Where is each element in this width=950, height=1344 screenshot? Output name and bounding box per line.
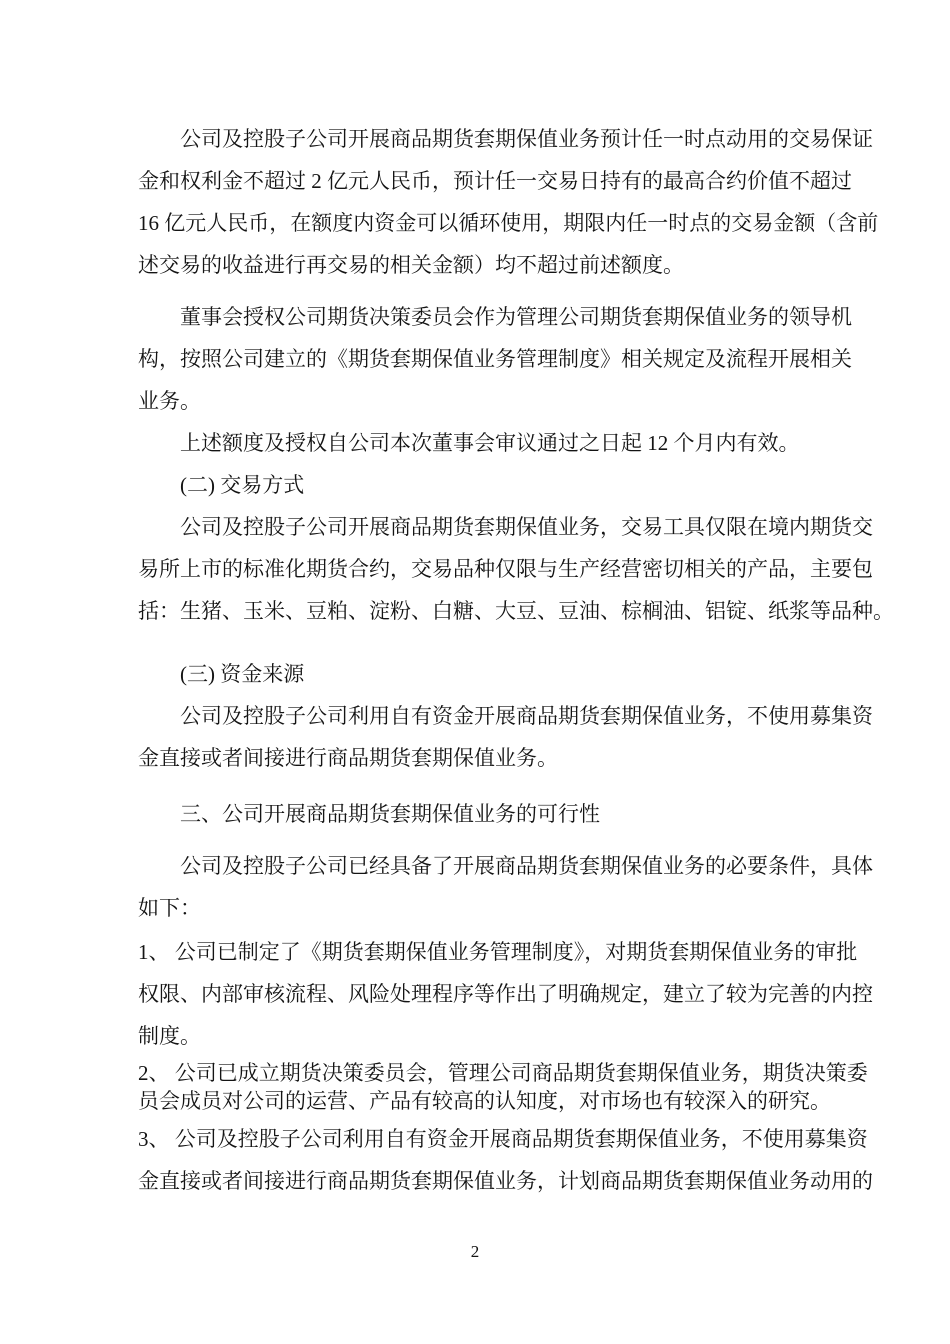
text-line: 金和权利金不超过 2 亿元人民币，预计任一交易日持有的最高合约价值不超过	[138, 160, 836, 202]
text-line: 公司及控股子公司利用自有资金开展商品期货套期保值业务，不使用募集资	[138, 695, 836, 737]
heading-feasibility: 三、公司开展商品期货套期保值业务的可行性	[138, 793, 836, 835]
text-line: 公司及控股子公司开展商品期货套期保值业务，交易工具仅限在境内期货交	[138, 506, 836, 548]
text-line: 金直接或者间接进行商品期货套期保值业务，计划商品期货套期保值业务动用的	[138, 1160, 836, 1202]
list-item-1: 1、 公司已制定了《期货套期保值业务管理制度》，对期货套期保值业务的审批权限、内…	[138, 931, 836, 1057]
text-line: 1、 公司已制定了《期货套期保值业务管理制度》，对期货套期保值业务的审批	[138, 931, 836, 973]
text-line: 16 亿元人民币，在额度内资金可以循环使用，期限内任一时点的交易金额（含前	[138, 202, 836, 244]
document-body: 公司及控股子公司开展商品期货套期保值业务预计任一时点动用的交易保证金和权利金不超…	[138, 118, 836, 1202]
paragraph-board-authorization: 董事会授权公司期货决策委员会作为管理公司期货套期保值业务的领导机构，按照公司建立…	[138, 296, 836, 422]
text-line: 三、公司开展商品期货套期保值业务的可行性	[138, 793, 836, 835]
text-line: 括：生猪、玉米、豆粕、淀粉、白糖、大豆、豆油、棕榈油、铝锭、纸浆等品种。	[138, 590, 836, 632]
text-line: 董事会授权公司期货决策委员会作为管理公司期货套期保值业务的领导机	[138, 296, 836, 338]
paragraph-trading-method: 公司及控股子公司开展商品期货套期保值业务，交易工具仅限在境内期货交易所上市的标准…	[138, 506, 836, 632]
text-line: (三) 资金来源	[138, 653, 836, 695]
heading-trading-method: (二) 交易方式	[138, 464, 836, 506]
text-line: 2、 公司已成立期货决策委员会，管理公司商品期货套期保值业务，期货决策委	[138, 1059, 836, 1087]
text-line: 权限、内部审核流程、风险处理程序等作出了明确规定，建立了较为完善的内控	[138, 973, 836, 1015]
paragraph-feasibility-intro: 公司及控股子公司已经具备了开展商品期货套期保值业务的必要条件，具体如下：	[138, 845, 836, 929]
text-line: 公司及控股子公司已经具备了开展商品期货套期保值业务的必要条件，具体	[138, 845, 836, 887]
text-line: 制度。	[138, 1015, 836, 1057]
text-line: 3、 公司及控股子公司利用自有资金开展商品期货套期保值业务，不使用募集资	[138, 1118, 836, 1160]
paragraph-capital-source: 公司及控股子公司利用自有资金开展商品期货套期保值业务，不使用募集资金直接或者间接…	[138, 695, 836, 779]
list-item-2: 2、 公司已成立期货决策委员会，管理公司商品期货套期保值业务，期货决策委员会成员…	[138, 1059, 836, 1115]
heading-capital-source: (三) 资金来源	[138, 653, 836, 695]
text-line: 金直接或者间接进行商品期货套期保值业务。	[138, 737, 836, 779]
text-line: 易所上市的标准化期货合约，交易品种仅限与生产经营密切相关的产品，主要包	[138, 548, 836, 590]
text-line: (二) 交易方式	[138, 464, 836, 506]
paragraph-validity-period: 上述额度及授权自公司本次董事会审议通过之日起 12 个月内有效。	[138, 422, 836, 464]
paragraph-hedging-quota: 公司及控股子公司开展商品期货套期保值业务预计任一时点动用的交易保证金和权利金不超…	[138, 118, 836, 286]
text-line: 公司及控股子公司开展商品期货套期保值业务预计任一时点动用的交易保证	[138, 118, 836, 160]
text-line: 述交易的收益进行再交易的相关金额）均不超过前述额度。	[138, 244, 836, 286]
text-line: 业务。	[138, 380, 836, 422]
text-line: 构，按照公司建立的《期货套期保值业务管理制度》相关规定及流程开展相关	[138, 338, 836, 380]
text-line: 如下：	[138, 887, 836, 929]
text-line: 上述额度及授权自公司本次董事会审议通过之日起 12 个月内有效。	[138, 422, 836, 464]
page-number: 2	[0, 1242, 950, 1262]
text-line: 员会成员对公司的运营、产品有较高的认知度，对市场也有较深入的研究。	[138, 1087, 836, 1115]
list-item-3: 3、 公司及控股子公司利用自有资金开展商品期货套期保值业务，不使用募集资金直接或…	[138, 1118, 836, 1202]
